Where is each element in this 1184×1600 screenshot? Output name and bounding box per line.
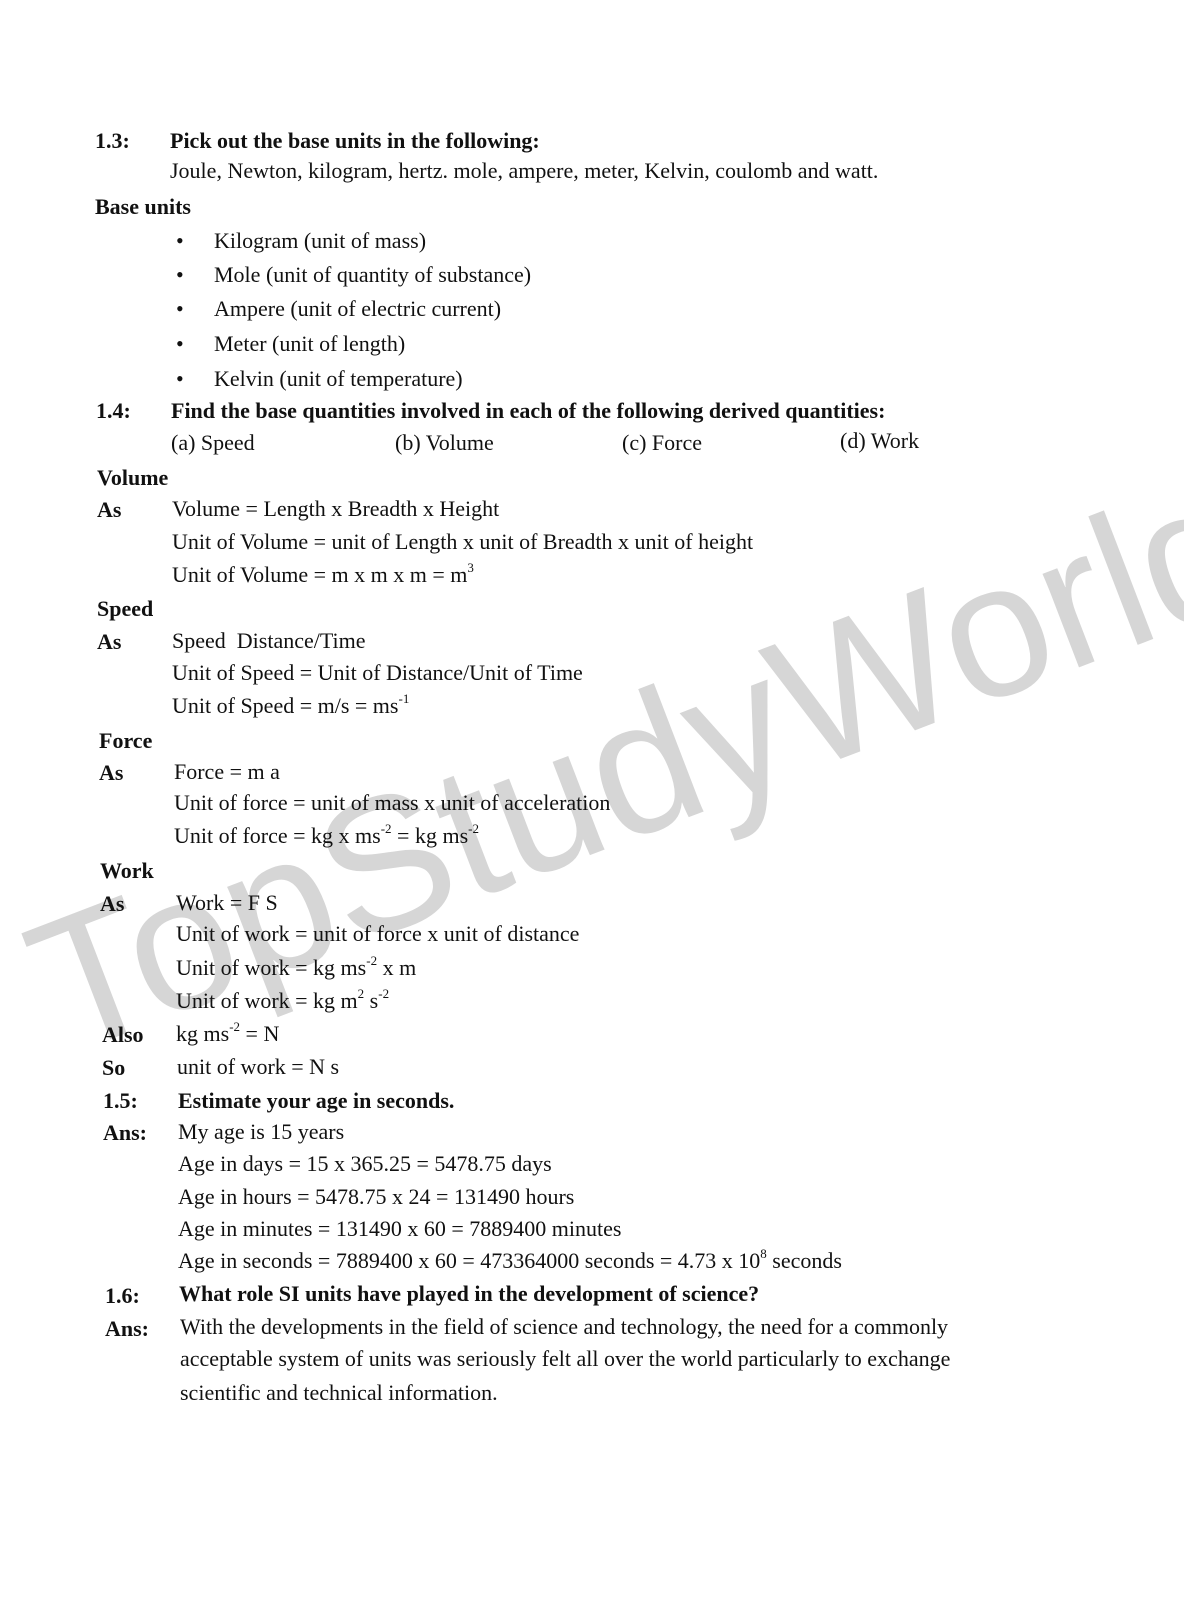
equation-line: Unit of force = unit of mass x unit of a… xyxy=(174,790,610,816)
answer-line: Age in days = 15 x 365.25 = 5478.75 days xyxy=(178,1151,552,1177)
section-heading-volume: Volume xyxy=(97,465,168,491)
answer-line: With the developments in the field of sc… xyxy=(180,1314,948,1340)
document-page: TopStudyWorld.Com 1.3: Pick out the base… xyxy=(0,0,1184,1600)
list-item: Ampere (unit of electric current) xyxy=(214,296,501,322)
answer-line: My age is 15 years xyxy=(178,1119,344,1145)
answer-label: Ans: xyxy=(105,1316,149,1342)
question-text: Estimate your age in seconds. xyxy=(178,1088,454,1114)
equation-line: Unit of work = unit of force x unit of d… xyxy=(176,921,579,947)
as-label: As xyxy=(97,629,121,655)
list-item: Mole (unit of quantity of substance) xyxy=(214,262,531,288)
option: (d) Work xyxy=(840,428,919,454)
as-label: As xyxy=(100,891,124,917)
answer-label: Ans: xyxy=(103,1120,147,1146)
answer-line: Age in seconds = 7889400 x 60 = 47336400… xyxy=(178,1248,842,1274)
option: (a) Speed xyxy=(171,430,255,456)
question-number: 1.5: xyxy=(103,1088,138,1114)
option: (b) Volume xyxy=(395,430,494,456)
list-item: Kilogram (unit of mass) xyxy=(214,228,426,254)
answer-heading: Base units xyxy=(95,194,191,220)
section-heading-speed: Speed xyxy=(97,596,153,622)
equation-line: Unit of Speed = Unit of Distance/Unit of… xyxy=(172,660,583,686)
section-heading-force: Force xyxy=(99,728,152,754)
equation-line: kg ms-2 = N xyxy=(176,1021,279,1047)
also-label: Also xyxy=(102,1022,144,1048)
equation-line: Unit of work = kg ms-2 x m xyxy=(176,955,416,981)
as-label: As xyxy=(97,497,121,523)
question-text: What role SI units have played in the de… xyxy=(179,1281,759,1307)
equation-line: Unit of work = kg m2 s-2 xyxy=(176,988,389,1014)
question-text: Pick out the base units in the following… xyxy=(170,128,540,154)
answer-line: acceptable system of units was seriously… xyxy=(180,1346,950,1372)
equation-line: Force = m a xyxy=(174,759,280,785)
equation-line: Volume = Length x Breadth x Height xyxy=(172,496,499,522)
equation-line: Unit of Volume = m x m x m = m3 xyxy=(172,562,474,588)
list-item: Kelvin (unit of temperature) xyxy=(214,366,463,392)
answer-line: scientific and technical information. xyxy=(180,1380,498,1406)
answer-line: Age in minutes = 131490 x 60 = 7889400 m… xyxy=(178,1216,621,1242)
equation-line: Unit of force = kg x ms-2 = kg ms-2 xyxy=(174,823,479,849)
question-text: Find the base quantities involved in eac… xyxy=(171,398,885,424)
equation-line: Speed Distance/Time xyxy=(172,628,366,654)
question-number: 1.6: xyxy=(105,1283,140,1309)
as-label: As xyxy=(99,760,123,786)
answer-line: Age in hours = 5478.75 x 24 = 131490 hou… xyxy=(178,1184,574,1210)
option: (c) Force xyxy=(622,430,702,456)
unit-list: Joule, Newton, kilogram, hertz. mole, am… xyxy=(170,158,878,184)
list-item: Meter (unit of length) xyxy=(214,331,405,357)
equation-line: Work = F S xyxy=(176,890,278,916)
question-number: 1.3: xyxy=(95,128,130,154)
equation-line: Unit of Volume = unit of Length x unit o… xyxy=(172,529,753,555)
question-number: 1.4: xyxy=(96,398,131,424)
equation-line: Unit of Speed = m/s = ms-1 xyxy=(172,693,409,719)
section-heading-work: Work xyxy=(100,858,154,884)
equation-line: unit of work = N s xyxy=(177,1054,339,1080)
so-label: So xyxy=(102,1055,125,1081)
